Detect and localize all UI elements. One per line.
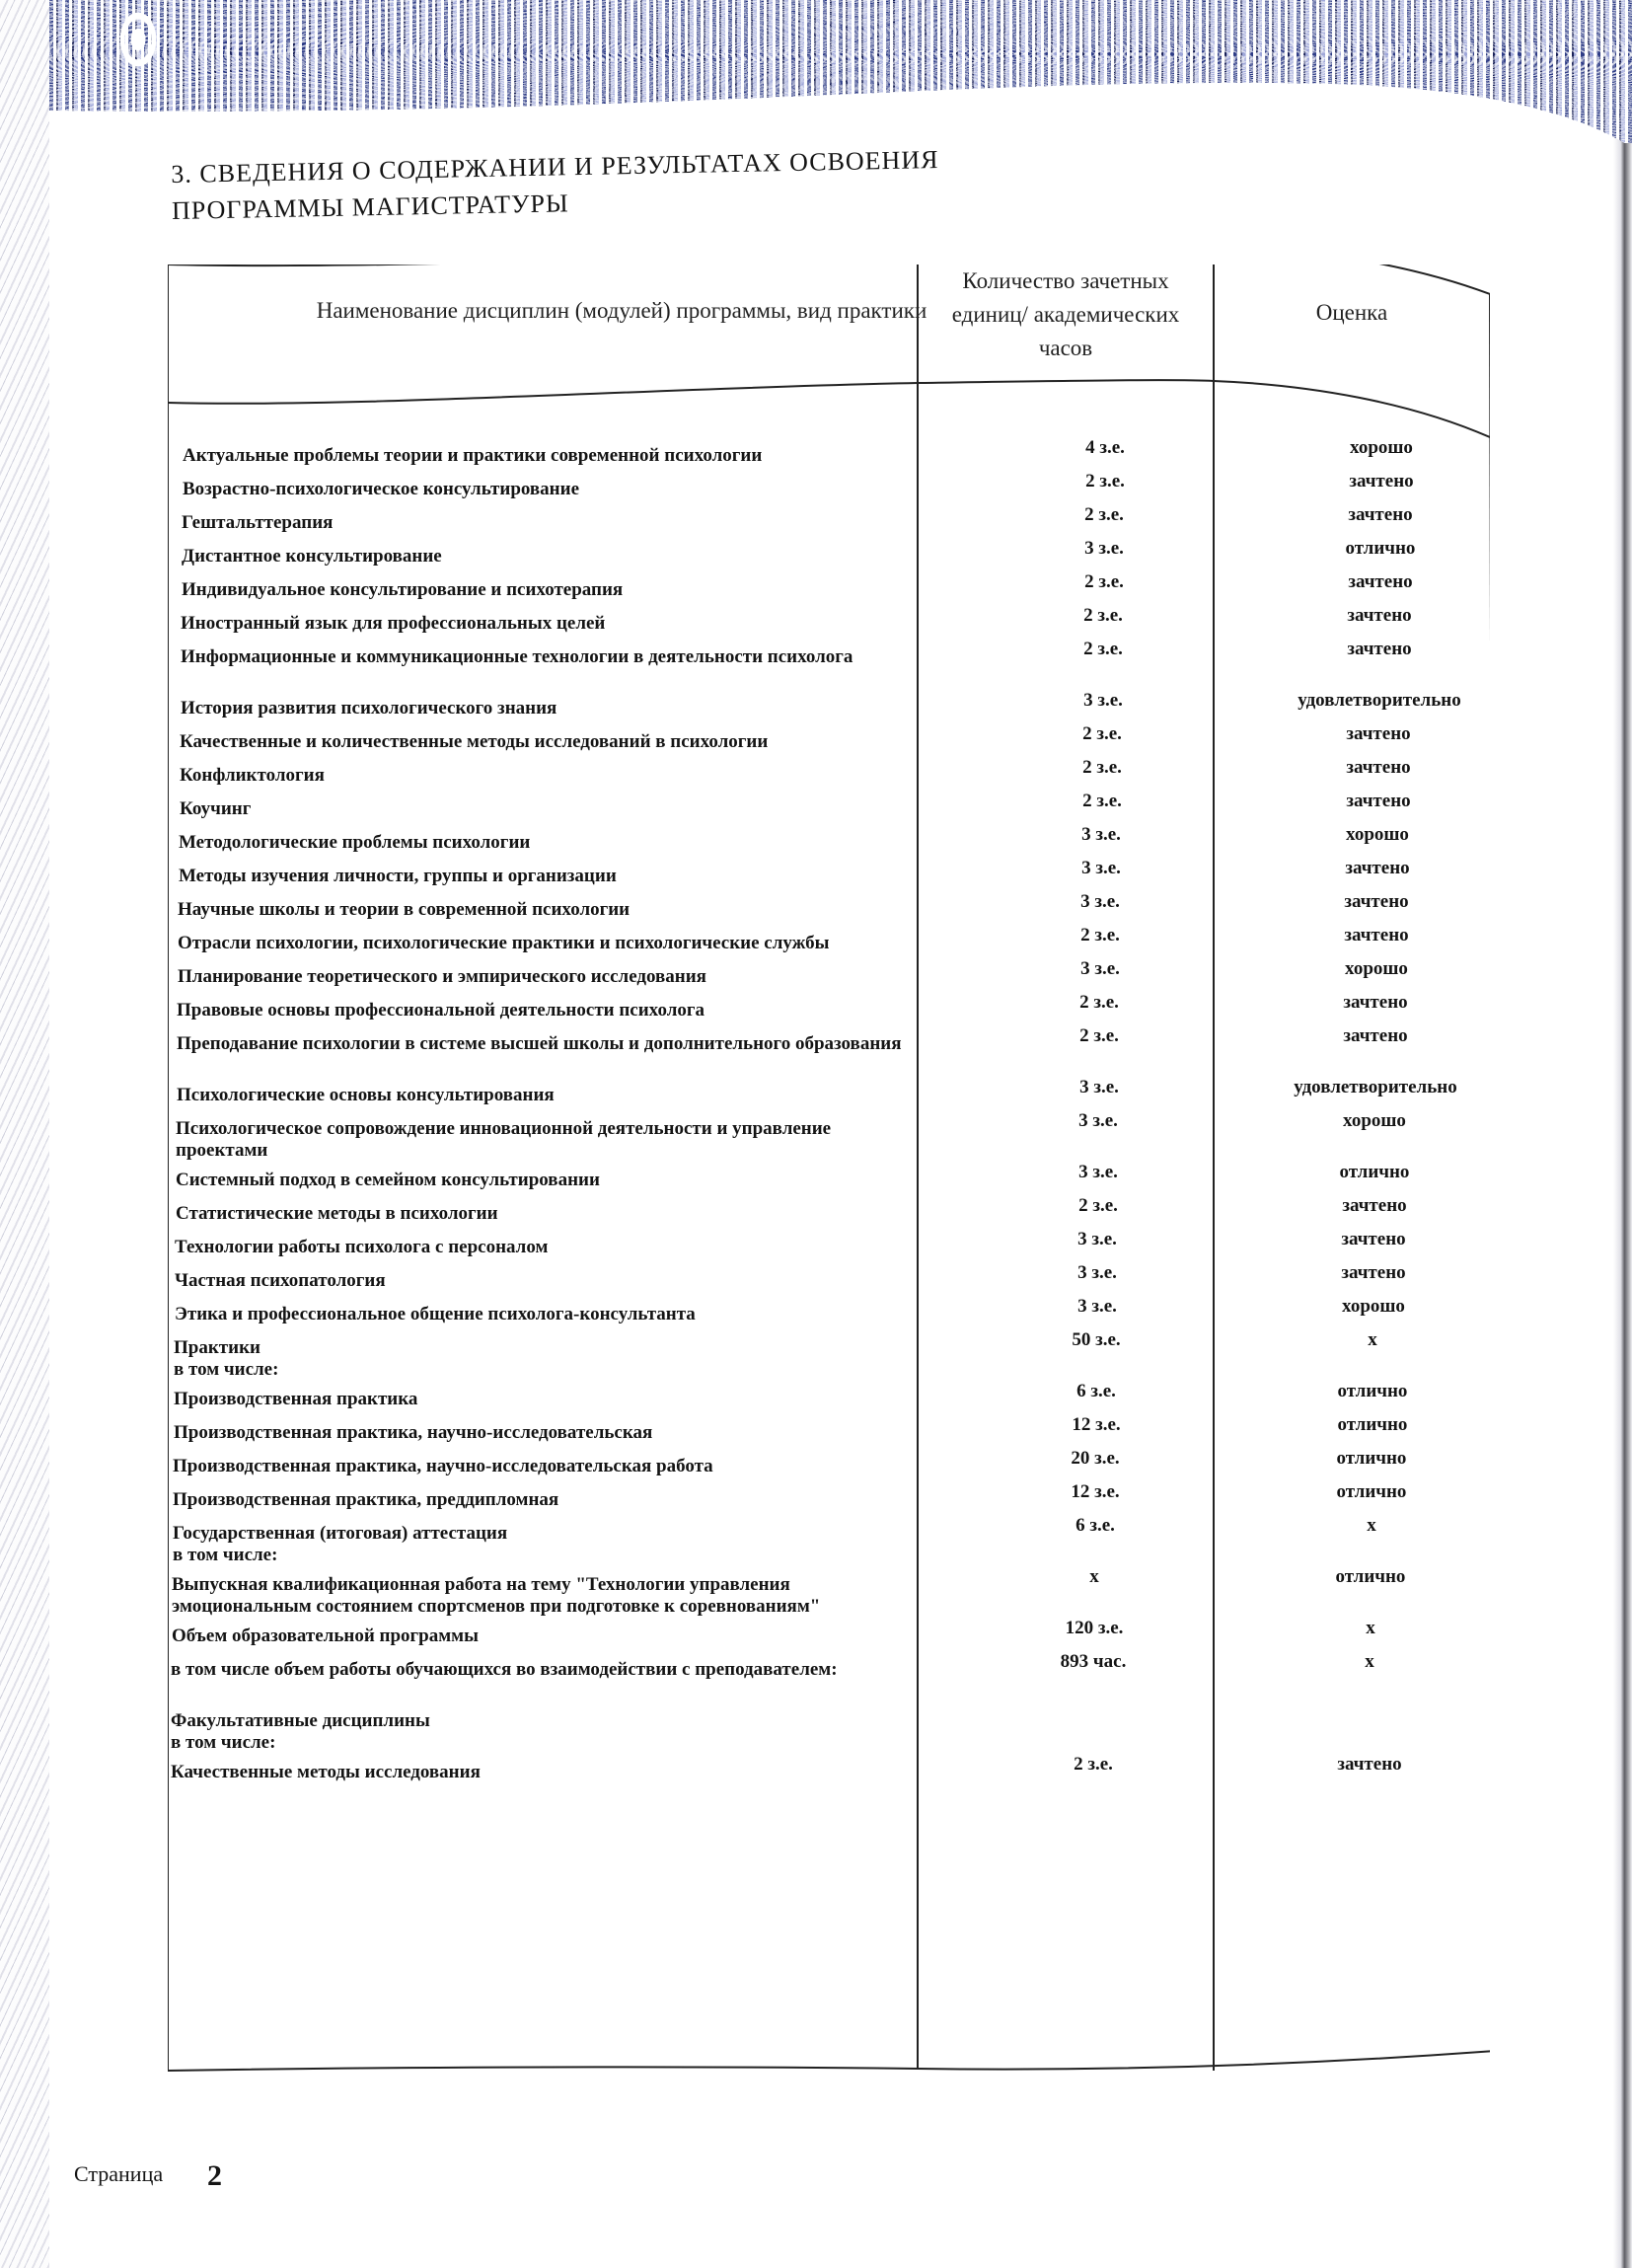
credits-value: 2 з.е. bbox=[1029, 1195, 1167, 1217]
credits-value: 6 з.е. bbox=[1026, 1515, 1164, 1537]
column-header-name: Наименование дисциплин (модулей) програм… bbox=[227, 294, 1016, 328]
grade-value: зачтено bbox=[1252, 571, 1509, 593]
discipline-name: Качественные методы исследования bbox=[171, 1762, 921, 1783]
credits-value: 50 з.е. bbox=[1027, 1329, 1165, 1351]
grade-value: отлично bbox=[1244, 1381, 1501, 1402]
grade-value: хорошо bbox=[1248, 958, 1505, 980]
credits-value: 12 з.е. bbox=[1027, 1414, 1165, 1436]
credits-value: 2 з.е. bbox=[1033, 757, 1171, 779]
discipline-name: Технологии работы психолога с персоналом bbox=[175, 1237, 925, 1258]
discipline-name: Актуальные проблемы теории и практики со… bbox=[183, 445, 932, 467]
grade-value: зачтено bbox=[1248, 891, 1505, 913]
credits-value: 3 з.е. bbox=[1028, 1296, 1166, 1318]
grade-value: зачтено bbox=[1245, 1229, 1502, 1250]
grade-value: зачтено bbox=[1249, 858, 1506, 879]
page-margin-pattern bbox=[0, 0, 49, 2268]
grade-value: зачтено bbox=[1246, 1195, 1503, 1217]
credits-value: 3 з.е. bbox=[1032, 824, 1170, 846]
credits-value: 2 з.е. bbox=[1033, 723, 1171, 745]
discipline-name: Индивидуальное консультирование и психот… bbox=[182, 579, 931, 601]
column-header-credits: Количество зачетных единиц/ академически… bbox=[927, 265, 1204, 365]
grade-value: хорошо bbox=[1253, 437, 1510, 459]
credits-value: 3 з.е. bbox=[1031, 958, 1169, 980]
page-label: Страница bbox=[74, 2161, 163, 2187]
credits-value: 20 з.е. bbox=[1026, 1448, 1164, 1470]
grade-value: отлично bbox=[1242, 1566, 1499, 1588]
grade-value: хорошо bbox=[1245, 1296, 1502, 1318]
discipline-name: Отрасли психологии, психологические прак… bbox=[178, 933, 927, 954]
discipline-name: Практики в том числе: bbox=[174, 1337, 924, 1381]
grade-value: х bbox=[1242, 1618, 1499, 1639]
credits-value: 4 з.е. bbox=[1036, 437, 1174, 459]
discipline-name: Качественные и количественные методы исс… bbox=[180, 731, 929, 753]
grades-table: Наименование дисциплин (модулей) програм… bbox=[168, 265, 1490, 2100]
credits-value: 2 з.е. bbox=[1034, 605, 1172, 627]
credits-value: 2 з.е. bbox=[1035, 504, 1173, 526]
grade-value: зачтено bbox=[1251, 605, 1508, 627]
grade-value: зачтено bbox=[1248, 925, 1505, 946]
grade-value: зачтено bbox=[1245, 1262, 1502, 1284]
discipline-name: Гештальттерапия bbox=[182, 512, 931, 534]
discipline-name: Преподавание психологии в системе высшей… bbox=[177, 1033, 927, 1055]
page-number: 2 bbox=[207, 2159, 222, 2193]
discipline-name: Производственная практика, научно-исслед… bbox=[173, 1456, 923, 1477]
discipline-name: Статистические методы в психологии bbox=[176, 1203, 926, 1225]
grade-value: отлично bbox=[1243, 1481, 1500, 1503]
discipline-name: Системный подход в семейном консультиров… bbox=[176, 1170, 926, 1191]
grade-value: отлично bbox=[1243, 1448, 1500, 1470]
grade-value: зачтено bbox=[1252, 504, 1509, 526]
grade-value: зачтено bbox=[1253, 471, 1510, 492]
grade-value: зачтено bbox=[1247, 1025, 1504, 1047]
grade-value: отлично bbox=[1252, 538, 1509, 560]
grade-value: отлично bbox=[1246, 1162, 1503, 1183]
credits-value: 2 з.е. bbox=[1031, 925, 1169, 946]
credits-value: 3 з.е. bbox=[1030, 1077, 1168, 1098]
discipline-name: Государственная (итоговая) аттестация в … bbox=[173, 1523, 923, 1566]
credits-value: 2 з.е. bbox=[1030, 1025, 1168, 1047]
grade-value: зачтено bbox=[1241, 1754, 1498, 1776]
discipline-name: Возрастно-психологическое консультирован… bbox=[183, 479, 932, 500]
credits-value: 2 з.е. bbox=[1036, 471, 1174, 492]
credits-value: 3 з.е. bbox=[1028, 1229, 1166, 1250]
credits-value: 2 з.е. bbox=[1035, 571, 1173, 593]
grade-value: зачтено bbox=[1250, 757, 1507, 779]
discipline-name: Объем образовательной программы bbox=[172, 1625, 922, 1647]
discipline-name: Методы изучения личности, группы и орган… bbox=[179, 866, 928, 887]
discipline-name: Факультативные дисциплины в том числе: bbox=[171, 1710, 921, 1754]
discipline-name: Научные школы и теории в современной пси… bbox=[178, 899, 927, 921]
grade-value: зачтено bbox=[1247, 992, 1504, 1014]
discipline-name: Планирование теоретического и эмпирическ… bbox=[178, 966, 927, 988]
grade-value: х bbox=[1243, 1515, 1500, 1537]
grade-value: х bbox=[1241, 1651, 1498, 1673]
credits-value: 893 час. bbox=[1024, 1651, 1162, 1673]
discipline-name: Производственная практика, научно-исслед… bbox=[174, 1422, 924, 1444]
credits-value: 2 з.е. bbox=[1030, 992, 1168, 1014]
grade-value: удовлетворительно bbox=[1247, 1077, 1504, 1098]
column-header-grade: Оценка bbox=[1214, 296, 1490, 330]
discipline-name: в том числе объем работы обучающихся во … bbox=[171, 1659, 921, 1681]
grade-value: удовлетворительно bbox=[1251, 690, 1508, 712]
grade-value: х bbox=[1244, 1329, 1501, 1351]
discipline-name: Этика и профессиональное общение психоло… bbox=[175, 1304, 925, 1325]
discipline-name: Частная психопатология bbox=[175, 1270, 925, 1292]
credits-value: х bbox=[1025, 1566, 1163, 1588]
grade-value: зачтено bbox=[1250, 723, 1507, 745]
discipline-name: Психологические основы консультирования bbox=[177, 1085, 927, 1106]
credits-value: 2 з.е. bbox=[1034, 639, 1172, 660]
discipline-name: Производственная практика, преддипломная bbox=[173, 1489, 923, 1511]
credits-value: 3 з.е. bbox=[1031, 891, 1169, 913]
discipline-name: Производственная практика bbox=[174, 1389, 924, 1410]
credits-value: 3 з.е. bbox=[1029, 1162, 1167, 1183]
credits-value: 2 з.е. bbox=[1024, 1754, 1162, 1776]
discipline-name: Коучинг bbox=[180, 798, 929, 820]
grade-value: отлично bbox=[1244, 1414, 1501, 1436]
credits-value: 12 з.е. bbox=[1026, 1481, 1164, 1503]
credits-value: 2 з.е. bbox=[1033, 791, 1171, 812]
credits-value: 6 з.е. bbox=[1027, 1381, 1165, 1402]
discipline-name: Методологические проблемы психологии bbox=[179, 832, 928, 854]
credits-value: 3 з.е. bbox=[1035, 538, 1173, 560]
discipline-name: Дистантное консультирование bbox=[182, 546, 931, 567]
discipline-name: История развития психологического знания bbox=[181, 698, 930, 719]
grade-value: хорошо bbox=[1246, 1110, 1503, 1132]
discipline-name: Психологическое сопровождение инновацион… bbox=[176, 1118, 926, 1162]
credits-value: 120 з.е. bbox=[1025, 1618, 1163, 1639]
discipline-name: Конфликтология bbox=[180, 765, 929, 787]
discipline-name: Иностранный язык для профессиональных це… bbox=[181, 613, 930, 635]
credits-value: 3 з.е. bbox=[1032, 858, 1170, 879]
discipline-name: Выпускная квалификационная работа на тем… bbox=[172, 1574, 922, 1618]
grade-value: зачтено bbox=[1250, 791, 1507, 812]
grade-value: зачтено bbox=[1251, 639, 1508, 660]
grade-value: хорошо bbox=[1249, 824, 1506, 846]
discipline-name: Информационные и коммуникационные технол… bbox=[181, 646, 930, 668]
page-edge bbox=[1613, 0, 1632, 2268]
credits-value: 3 з.е. bbox=[1028, 1262, 1166, 1284]
credits-value: 3 з.е. bbox=[1034, 690, 1172, 712]
credits-value: 3 з.е. bbox=[1029, 1110, 1167, 1132]
discipline-name: Правовые основы профессиональной деятель… bbox=[177, 1000, 927, 1021]
